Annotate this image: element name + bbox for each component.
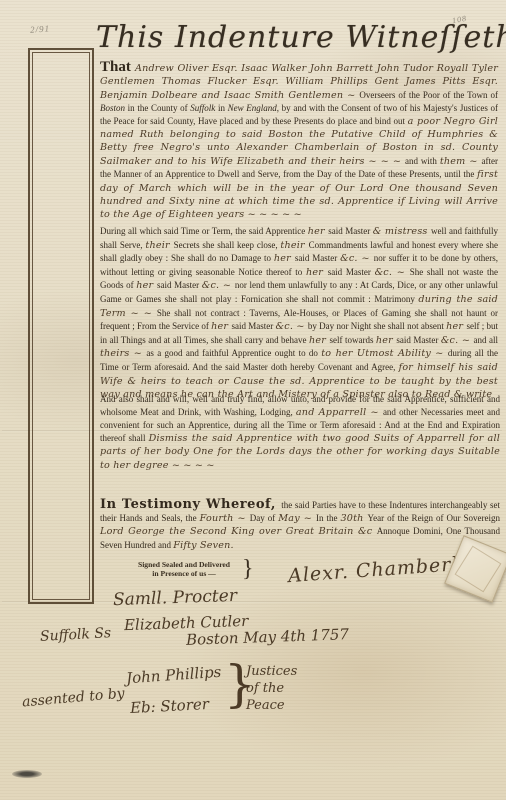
justice-signature-storer: Eb: Storer — [130, 695, 210, 717]
scanned-indenture-document: { "page": { "pencil_top_left": "2/91", "… — [0, 0, 506, 800]
text-segment-print: said Master — [396, 335, 440, 345]
text-segment-hand: &c. ~ — [202, 280, 235, 291]
text-segment-hand: Dismiss the said Apprentice with two goo… — [100, 433, 500, 471]
text-segment-hand: her — [376, 335, 397, 346]
text-segment-print-it: Boston — [100, 103, 125, 113]
assent-label: assented to by — [21, 686, 125, 711]
pencil-annotation-top-left: 2/91 — [30, 23, 51, 34]
text-segment-print: Year of the Reign of Our Sovereign — [368, 513, 500, 523]
text-segment-hand: them ~ — [440, 156, 482, 167]
county-label: Suffolk Ss — [40, 625, 112, 645]
text-segment-print: Secrets she shall keep close, — [174, 240, 281, 250]
text-segment-print-gothic: In Testimony Whereof, — [100, 497, 281, 512]
text-segment-print: said Master — [295, 253, 340, 263]
text-segment-print: In the — [316, 513, 340, 523]
text-segment-print: self towards — [330, 335, 376, 345]
text-segment-hand: her — [274, 253, 295, 264]
text-segment-hand: &c. ~ — [340, 253, 374, 264]
attestation-brace: } — [242, 556, 254, 583]
text-segment-hand: to her Utmost Ability ~ — [321, 348, 448, 359]
text-segment-hand: & mistress — [373, 226, 431, 237]
text-segment-print-it: Suffolk — [190, 103, 215, 113]
text-segment-print: and with — [405, 156, 440, 166]
justices-line1: Justices — [246, 663, 297, 680]
text-segment-print: said Master — [328, 267, 375, 277]
document-title: This Indenture Witneſſeth, — [96, 20, 500, 55]
text-segment-print: by Day nor Night she shall not absent — [308, 321, 446, 331]
text-segment-hand: 30th — [341, 513, 368, 524]
ink-smudge — [12, 770, 42, 778]
margin-rule-box — [28, 48, 94, 604]
justices-line2: of the — [246, 680, 297, 697]
text-segment-hand: her — [211, 321, 231, 332]
text-segment-hand: their — [280, 240, 308, 251]
text-segment-hand: Fourth ~ — [200, 513, 250, 524]
paragraph-covenants: During all which said Time or Term, the … — [100, 225, 498, 402]
text-segment-hand: Fifty Seven. — [173, 540, 234, 551]
text-segment-print: as a good and faithful Apprentice ought … — [146, 348, 321, 358]
witness-signature-procter: Samll. Procter — [113, 586, 238, 610]
text-segment-print-big: That — [100, 59, 135, 75]
justice-signature-phillips: John Phillips — [125, 663, 221, 688]
text-segment-hand: her — [308, 226, 329, 237]
text-segment-print: During all which said Time or Term, the … — [100, 226, 308, 236]
text-segment-print: in — [215, 103, 227, 113]
text-segment-hand: her — [309, 335, 330, 346]
paper-sheet: 2/91 108 This Indenture Witneſſeth, That… — [0, 0, 506, 800]
text-segment-hand: &c. ~ — [441, 335, 474, 346]
text-segment-hand: and Apparrell ~ — [296, 407, 383, 418]
text-segment-hand: her — [136, 280, 157, 291]
text-segment-hand: their — [145, 240, 173, 251]
text-segment-print: Overseers of the Poor of the Town of — [359, 90, 498, 100]
text-segment-hand: Lord George the Second King over Great B… — [100, 526, 377, 537]
text-segment-print: said Master — [157, 280, 202, 290]
attestation-clause: Signed Sealed and Delivered in Presence … — [128, 560, 240, 578]
paragraph-testimony: In Testimony Whereof, the said Parties h… — [100, 498, 500, 552]
text-segment-hand: May ~ — [278, 513, 316, 524]
text-segment-hand: her — [446, 321, 466, 332]
justices-of-the-peace-label: Justices of the Peace — [246, 663, 297, 714]
attestation-line1: Signed Sealed and Delivered — [128, 560, 240, 569]
text-segment-hand: her — [306, 267, 328, 278]
paragraph-opening: That Andrew Oliver Esqr. Isaac Walker Jo… — [100, 61, 498, 222]
text-segment-hand: &c. ~ — [276, 321, 308, 332]
justices-line3: Peace — [246, 697, 297, 714]
text-segment-print-it: New England — [228, 103, 277, 113]
text-segment-hand: &c. ~ — [375, 267, 410, 278]
paragraph-provision: And also shall and will, well and truly … — [100, 393, 500, 473]
attestation-line2: in Presence of us — — [128, 569, 240, 578]
text-segment-hand: theirs ~ — [100, 348, 146, 359]
text-segment-print: and all — [474, 335, 498, 345]
text-segment-print: Day of — [250, 513, 278, 523]
text-segment-print: in the County of — [125, 103, 190, 113]
text-segment-print: said Master — [231, 321, 275, 331]
text-segment-print: said Master — [328, 226, 372, 236]
